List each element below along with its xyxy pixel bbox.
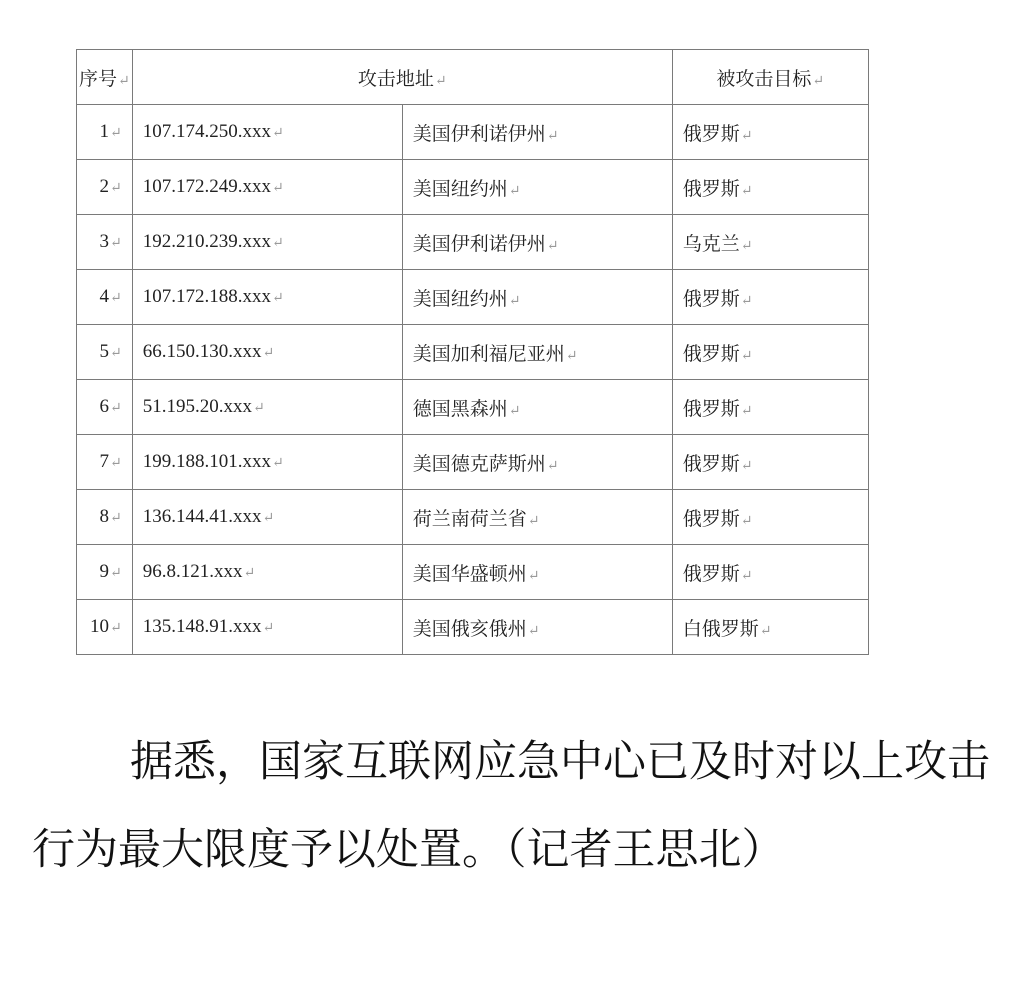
source-location-cell: 美国纽约州↵ <box>402 160 672 215</box>
row-number-cell: 7↵ <box>77 435 133 490</box>
source-location-cell: 美国华盛顿州↵ <box>402 545 672 600</box>
return-mark-icon: ↵ <box>272 456 284 471</box>
row-number: 8 <box>100 506 110 527</box>
row-number-cell: 6↵ <box>77 380 133 435</box>
row-number: 7 <box>100 451 110 472</box>
closing-paragraph: 据悉，国家互联网应急中心已及时对以上攻击行为最大限度予以处置。（记者王思北） <box>32 718 992 894</box>
header-no: 序号↵ <box>77 50 133 105</box>
return-mark-icon: ↵ <box>263 511 275 526</box>
row-number: 4 <box>100 286 110 307</box>
return-mark-icon: ↵ <box>110 181 122 196</box>
source-location: 美国俄亥俄州 <box>413 619 527 640</box>
row-number-cell: 3↵ <box>77 215 133 270</box>
attack-target-cell: 白俄罗斯↵ <box>672 600 868 655</box>
row-number: 3 <box>100 231 110 252</box>
table-row: 8↵136.144.41.xxx↵荷兰南荷兰省↵俄罗斯↵ <box>77 490 869 545</box>
return-mark-icon: ↵ <box>118 74 130 89</box>
return-mark-icon: ↵ <box>812 74 824 89</box>
row-number: 9 <box>100 561 110 582</box>
return-mark-icon: ↵ <box>566 349 578 364</box>
return-mark-icon: ↵ <box>741 569 753 584</box>
source-location-cell: 美国纽约州↵ <box>402 270 672 325</box>
row-number: 2 <box>100 176 110 197</box>
return-mark-icon: ↵ <box>110 346 122 361</box>
attack-target: 俄罗斯 <box>683 179 740 200</box>
table-row: 6↵51.195.20.xxx↵德国黑森州↵俄罗斯↵ <box>77 380 869 435</box>
row-number-cell: 4↵ <box>77 270 133 325</box>
source-location-cell: 美国德克萨斯州↵ <box>402 435 672 490</box>
attack-target: 俄罗斯 <box>683 124 740 145</box>
attack-target-cell: 俄罗斯↵ <box>672 325 868 380</box>
ip-address: 107.174.250.xxx <box>143 121 271 142</box>
ip-address-cell: 199.188.101.xxx↵ <box>132 435 402 490</box>
source-location-cell: 美国伊利诺伊州↵ <box>402 105 672 160</box>
return-mark-icon: ↵ <box>110 566 122 581</box>
ip-address-cell: 51.195.20.xxx↵ <box>132 380 402 435</box>
row-number-cell: 2↵ <box>77 160 133 215</box>
row-number-cell: 5↵ <box>77 325 133 380</box>
attack-target-cell: 俄罗斯↵ <box>672 270 868 325</box>
return-mark-icon: ↵ <box>110 236 122 251</box>
attack-target-cell: 俄罗斯↵ <box>672 105 868 160</box>
return-mark-icon: ↵ <box>272 181 284 196</box>
ip-address: 192.210.239.xxx <box>143 231 271 252</box>
attack-target: 俄罗斯 <box>683 344 740 365</box>
ip-address-cell: 135.148.91.xxx↵ <box>132 600 402 655</box>
return-mark-icon: ↵ <box>110 401 122 416</box>
table-row: 10↵135.148.91.xxx↵美国俄亥俄州↵白俄罗斯↵ <box>77 600 869 655</box>
return-mark-icon: ↵ <box>435 74 447 89</box>
return-mark-icon: ↵ <box>760 624 772 639</box>
source-location: 美国加利福尼亚州 <box>413 344 565 365</box>
source-location: 美国伊利诺伊州 <box>413 234 546 255</box>
attack-target: 俄罗斯 <box>683 454 740 475</box>
return-mark-icon: ↵ <box>741 239 753 254</box>
attack-target-cell: 俄罗斯↵ <box>672 545 868 600</box>
source-location-cell: 荷兰南荷兰省↵ <box>402 490 672 545</box>
return-mark-icon: ↵ <box>253 401 265 416</box>
return-mark-icon: ↵ <box>509 404 521 419</box>
ip-address-cell: 107.172.249.xxx↵ <box>132 160 402 215</box>
return-mark-icon: ↵ <box>272 126 284 141</box>
ip-address: 136.144.41.xxx <box>143 506 262 527</box>
return-mark-icon: ↵ <box>272 291 284 306</box>
return-mark-icon: ↵ <box>110 511 122 526</box>
return-mark-icon: ↵ <box>741 404 753 419</box>
source-location: 美国华盛顿州 <box>413 564 527 585</box>
return-mark-icon: ↵ <box>528 569 540 584</box>
attack-target-cell: 俄罗斯↵ <box>672 160 868 215</box>
return-mark-icon: ↵ <box>272 236 284 251</box>
source-location-cell: 美国加利福尼亚州↵ <box>402 325 672 380</box>
source-location-cell: 德国黑森州↵ <box>402 380 672 435</box>
attack-target-cell: 俄罗斯↵ <box>672 380 868 435</box>
attack-target-cell: 俄罗斯↵ <box>672 435 868 490</box>
return-mark-icon: ↵ <box>263 621 275 636</box>
ip-address: 51.195.20.xxx <box>143 396 252 417</box>
source-location: 美国伊利诺伊州 <box>413 124 546 145</box>
ip-address-cell: 107.172.188.xxx↵ <box>132 270 402 325</box>
ip-address-cell: 96.8.121.xxx↵ <box>132 545 402 600</box>
row-number: 5 <box>100 341 110 362</box>
table-header-row: 序号↵ 攻击地址↵ 被攻击目标↵ <box>77 50 869 105</box>
return-mark-icon: ↵ <box>528 624 540 639</box>
table-row: 5↵66.150.130.xxx↵美国加利福尼亚州↵俄罗斯↵ <box>77 325 869 380</box>
row-number: 1 <box>100 121 110 142</box>
source-location: 美国德克萨斯州 <box>413 454 546 475</box>
return-mark-icon: ↵ <box>110 126 122 141</box>
attack-source-table-container: 序号↵ 攻击地址↵ 被攻击目标↵ 1↵107.174.250.xxx↵美国伊利诺… <box>76 49 869 655</box>
return-mark-icon: ↵ <box>509 184 521 199</box>
ip-address-cell: 192.210.239.xxx↵ <box>132 215 402 270</box>
header-address: 攻击地址↵ <box>132 50 672 105</box>
attack-target-cell: 俄罗斯↵ <box>672 490 868 545</box>
attack-target: 俄罗斯 <box>683 399 740 420</box>
return-mark-icon: ↵ <box>110 291 122 306</box>
return-mark-icon: ↵ <box>741 294 753 309</box>
return-mark-icon: ↵ <box>741 184 753 199</box>
table-row: 9↵96.8.121.xxx↵美国华盛顿州↵俄罗斯↵ <box>77 545 869 600</box>
attack-source-table: 序号↵ 攻击地址↵ 被攻击目标↵ 1↵107.174.250.xxx↵美国伊利诺… <box>76 49 869 655</box>
attack-target: 乌克兰 <box>683 234 740 255</box>
table-row: 3↵192.210.239.xxx↵美国伊利诺伊州↵乌克兰↵ <box>77 215 869 270</box>
ip-address: 199.188.101.xxx <box>143 451 271 472</box>
header-target: 被攻击目标↵ <box>672 50 868 105</box>
source-location-cell: 美国伊利诺伊州↵ <box>402 215 672 270</box>
table-row: 7↵199.188.101.xxx↵美国德克萨斯州↵俄罗斯↵ <box>77 435 869 490</box>
return-mark-icon: ↵ <box>547 129 559 144</box>
table-row: 1↵107.174.250.xxx↵美国伊利诺伊州↵俄罗斯↵ <box>77 105 869 160</box>
return-mark-icon: ↵ <box>244 566 256 581</box>
row-number-cell: 1↵ <box>77 105 133 160</box>
ip-address: 107.172.249.xxx <box>143 176 271 197</box>
row-number-cell: 9↵ <box>77 545 133 600</box>
paragraph-text: 据悉，国家互联网应急中心已及时对以上攻击行为最大限度予以处置。（记者王思北） <box>32 737 990 875</box>
attack-target: 俄罗斯 <box>683 564 740 585</box>
return-mark-icon: ↵ <box>741 349 753 364</box>
row-number: 10 <box>90 616 109 637</box>
return-mark-icon: ↵ <box>741 459 753 474</box>
return-mark-icon: ↵ <box>110 456 122 471</box>
source-location: 美国纽约州 <box>413 179 508 200</box>
source-location: 德国黑森州 <box>413 399 508 420</box>
attack-target: 俄罗斯 <box>683 289 740 310</box>
attack-target-cell: 乌克兰↵ <box>672 215 868 270</box>
ip-address-cell: 66.150.130.xxx↵ <box>132 325 402 380</box>
return-mark-icon: ↵ <box>528 514 540 529</box>
source-location: 美国纽约州 <box>413 289 508 310</box>
attack-target: 俄罗斯 <box>683 509 740 530</box>
attack-target: 白俄罗斯 <box>683 619 759 640</box>
source-location: 荷兰南荷兰省 <box>413 509 527 530</box>
source-location-cell: 美国俄亥俄州↵ <box>402 600 672 655</box>
table-row: 4↵107.172.188.xxx↵美国纽约州↵俄罗斯↵ <box>77 270 869 325</box>
row-number: 6 <box>100 396 110 417</box>
table-row: 2↵107.172.249.xxx↵美国纽约州↵俄罗斯↵ <box>77 160 869 215</box>
ip-address: 66.150.130.xxx <box>143 341 262 362</box>
ip-address: 107.172.188.xxx <box>143 286 271 307</box>
return-mark-icon: ↵ <box>263 346 275 361</box>
return-mark-icon: ↵ <box>741 129 753 144</box>
return-mark-icon: ↵ <box>110 621 122 636</box>
return-mark-icon: ↵ <box>741 514 753 529</box>
return-mark-icon: ↵ <box>509 294 521 309</box>
ip-address: 96.8.121.xxx <box>143 561 243 582</box>
ip-address: 135.148.91.xxx <box>143 616 262 637</box>
return-mark-icon: ↵ <box>547 459 559 474</box>
return-mark-icon: ↵ <box>547 239 559 254</box>
row-number-cell: 8↵ <box>77 490 133 545</box>
ip-address-cell: 107.174.250.xxx↵ <box>132 105 402 160</box>
ip-address-cell: 136.144.41.xxx↵ <box>132 490 402 545</box>
row-number-cell: 10↵ <box>77 600 133 655</box>
